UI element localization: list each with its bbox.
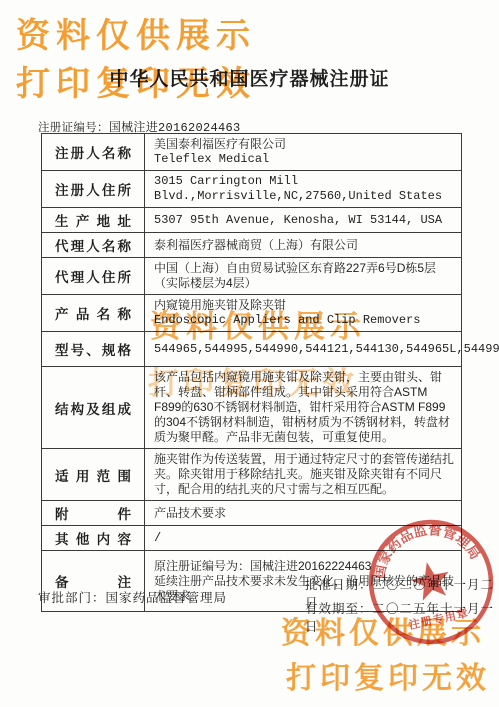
table-row: 生产地址 5307 95th Avenue, Kenosha, WI 53144… bbox=[42, 208, 461, 233]
row-value-line: 产品技术要求 bbox=[154, 506, 455, 521]
row-value-line: Blvd.,Morrisville,NC,27560,United States bbox=[154, 189, 455, 204]
row-value-line: 3015 Carrington Mill bbox=[154, 174, 455, 189]
row-value-line: 延续注册产品技术要求未发生变化，沿用原核发的产品技术要求。 bbox=[154, 574, 455, 604]
row-value: 内窥镜用施夹钳及除夹钳Endoscopic Appliers and Clip … bbox=[145, 295, 461, 331]
row-value: 该产品包括内窥镜用施夹钳及除夹钳，主要由钳头、钳杆、转盘、钳柄部件组成。其中钳头… bbox=[145, 367, 461, 448]
table-row: 附件 产品技术要求 bbox=[42, 501, 461, 526]
row-label: 备注 bbox=[42, 551, 145, 611]
table-row: 适用范围 施夹钳作为传送装置，用于通过特定尺寸的套管传递结扎夹。除夹钳用于移除结… bbox=[42, 449, 461, 501]
row-value: 泰利福医疗器械商贸（上海）有限公司 bbox=[145, 233, 461, 257]
row-label: 适用范围 bbox=[42, 449, 145, 500]
row-label: 代理人名称 bbox=[42, 233, 145, 257]
row-value: 中国（上海）自由贸易试验区东育路227弄6号D栋5层（实际楼层为4层） bbox=[145, 258, 461, 294]
row-value-line: Endoscopic Appliers and Clip Removers bbox=[154, 313, 455, 328]
watermark-display-only-top: 资料仅供展示 bbox=[16, 8, 256, 57]
row-label: 其他内容 bbox=[42, 526, 145, 550]
table-row: 产品名称 内窥镜用施夹钳及除夹钳Endoscopic Appliers and … bbox=[42, 295, 461, 332]
row-value: 美国泰利福医疗有限公司Teleflex Medical bbox=[145, 134, 461, 170]
row-value-line: 544965,544995,544990,544121,544130,54496… bbox=[154, 342, 499, 357]
cert-table: 注册人名称 美国泰利福医疗有限公司Teleflex Medical 注册人住所 … bbox=[41, 133, 462, 612]
row-value-line: 中国（上海）自由贸易试验区东育路227弄6号D栋5层（实际楼层为4层） bbox=[154, 261, 455, 291]
row-value: 产品技术要求 bbox=[145, 501, 461, 525]
row-label: 注册人名称 bbox=[42, 134, 145, 170]
row-label: 生产地址 bbox=[42, 208, 145, 232]
row-value: 5307 95th Avenue, Kenosha, WI 53144, USA bbox=[145, 208, 461, 232]
row-label: 型号、规格 bbox=[42, 332, 145, 366]
watermark-copy-invalid-bottom: 打印复印无效 bbox=[286, 653, 490, 697]
row-value: 原注册证编号为：国械注进20162224463延续注册产品技术要求未发生变化，沿… bbox=[145, 551, 461, 611]
certificate-page: 资料仅供展示 打印复印无效 资料仅供展示 打印复印无效 资料仅供展示 打印复印无… bbox=[0, 0, 499, 707]
row-value-line: 泰利福医疗器械商贸（上海）有限公司 bbox=[154, 238, 455, 253]
row-value: 施夹钳作为传送装置，用于通过特定尺寸的套管传递结扎夹。除夹钳用于移除结扎夹。施夹… bbox=[145, 449, 461, 500]
row-label: 代理人住所 bbox=[42, 258, 145, 294]
row-value-line: / bbox=[154, 531, 455, 546]
row-value: / bbox=[145, 526, 461, 550]
row-value: 544965,544995,544990,544121,544130,54496… bbox=[145, 332, 499, 366]
row-value-line: 5307 95th Avenue, Kenosha, WI 53144, USA bbox=[154, 213, 455, 228]
table-row: 代理人住所 中国（上海）自由贸易试验区东育路227弄6号D栋5层（实际楼层为4层… bbox=[42, 258, 461, 295]
row-value: 3015 Carrington MillBlvd.,Morrisville,NC… bbox=[145, 171, 461, 207]
table-row: 其他内容 / bbox=[42, 526, 461, 551]
table-row: 注册人名称 美国泰利福医疗有限公司Teleflex Medical bbox=[42, 134, 461, 171]
row-label: 附件 bbox=[42, 501, 145, 525]
table-row: 注册人住所 3015 Carrington MillBlvd.,Morrisvi… bbox=[42, 171, 461, 208]
row-label: 结构及组成 bbox=[42, 367, 145, 448]
table-row: 型号、规格 544965,544995,544990,544121,544130… bbox=[42, 332, 461, 367]
row-value-line: 施夹钳作为传送装置，用于通过特定尺寸的套管传递结扎夹。除夹钳用于移除结扎夹。施夹… bbox=[154, 452, 455, 497]
row-value-line: 美国泰利福医疗有限公司 bbox=[154, 137, 455, 152]
table-row: 结构及组成 该产品包括内窥镜用施夹钳及除夹钳，主要由钳头、钳杆、转盘、钳柄部件组… bbox=[42, 367, 461, 449]
row-label: 注册人住所 bbox=[42, 171, 145, 207]
certificate-title: 中华人民共和国医疗器械注册证 bbox=[0, 64, 499, 91]
table-row: 备注 原注册证编号为：国械注进20162224463延续注册产品技术要求未发生变… bbox=[42, 551, 461, 611]
table-row: 代理人名称 泰利福医疗器械商贸（上海）有限公司 bbox=[42, 233, 461, 258]
row-value-line: 该产品包括内窥镜用施夹钳及除夹钳，主要由钳头、钳杆、转盘、钳柄部件组成。其中钳头… bbox=[154, 370, 455, 445]
row-label: 产品名称 bbox=[42, 295, 145, 331]
row-value-line: Teleflex Medical bbox=[154, 152, 455, 167]
row-value-line: 内窥镜用施夹钳及除夹钳 bbox=[154, 298, 455, 313]
row-value-line: 原注册证编号为：国械注进20162224463 bbox=[154, 559, 455, 574]
